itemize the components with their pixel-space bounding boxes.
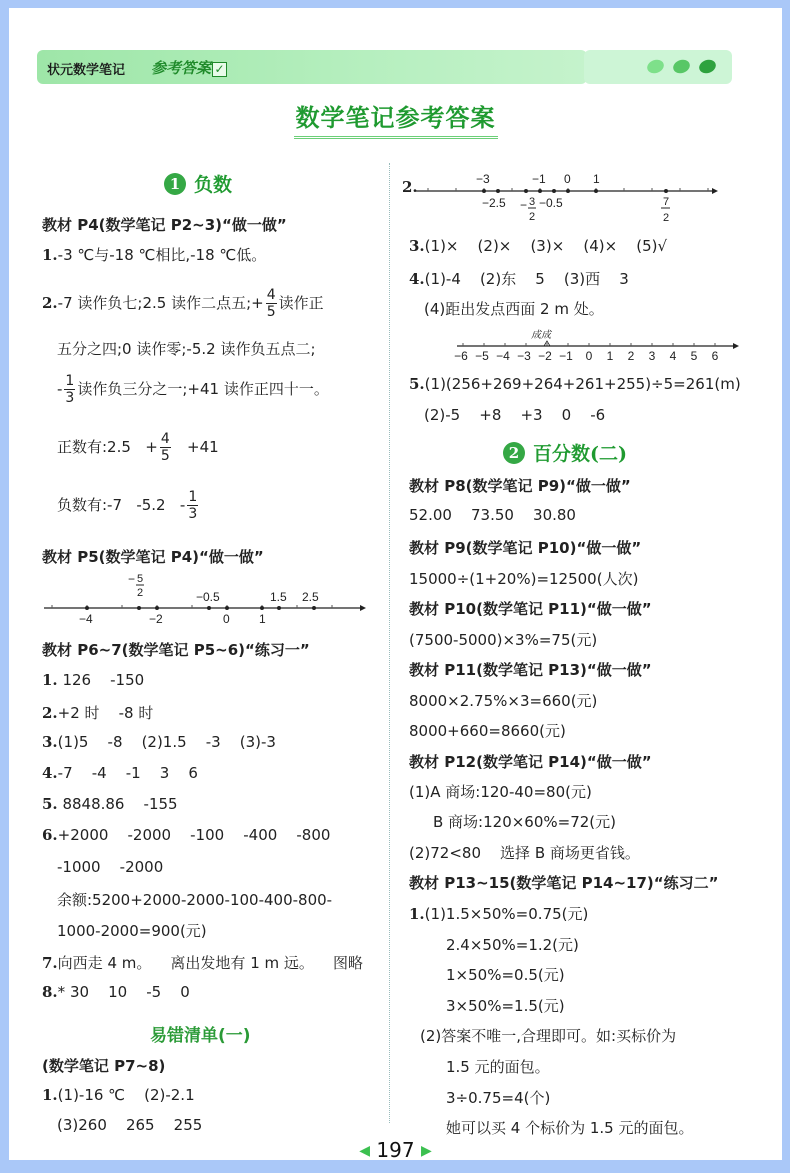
answer-text: +2 时 -8 时 [58, 704, 154, 722]
answer-line: (1)A 商场:120-40=80(元) [409, 781, 592, 802]
answer-line: 7.向西走 4 m。 离出发地有 1 m 远。 图略 [42, 952, 363, 973]
page-title-wrap: 数学笔记参考答案 [9, 98, 782, 139]
fraction: 45 [266, 288, 277, 319]
item-number: 2. [42, 704, 58, 722]
svg-text:−2: −2 [538, 349, 552, 363]
answer-line: 1×50%=0.5(元) [446, 964, 565, 985]
answer-text: (1)5 -8 (2)1.5 -3 (3)-3 [58, 733, 276, 751]
item-number: 3. [42, 733, 58, 751]
section-badge: 1 [164, 173, 186, 195]
denominator: 3 [187, 506, 198, 521]
answer-line: (3)260 265 255 [57, 1116, 202, 1134]
sign: - [180, 496, 185, 514]
answer-line: B 商场:120×60%=72(元) [433, 811, 616, 832]
svg-text:−3: −3 [517, 349, 531, 363]
subheading: 教材 P13~15(数学笔记 P14~17)“练习二” [409, 872, 719, 893]
answer-text: 读作正 [279, 294, 324, 312]
answer-line: 1.-3 ℃与-18 ℃相比,-18 ℃低。 [42, 244, 266, 265]
answer-line: 1.(1)1.5×50%=0.75(元) [409, 903, 588, 924]
answer-line: 余额:5200+2000-2000-100-400-800- [57, 889, 332, 910]
answer-text: -7 读作负七;2.5 读作二点五;+ [58, 294, 264, 312]
answer-text: (1)-16 ℃ (2)-2.1 [58, 1086, 195, 1104]
svg-text:2: 2 [628, 349, 635, 363]
item-number: 1. [42, 246, 58, 264]
section-title: 负数 [194, 174, 232, 196]
svg-text:3: 3 [529, 196, 535, 208]
answer-line: 2.+2 时 -8 时 [42, 702, 153, 723]
header-bar: 状元数学笔记 参考答案✓ [37, 50, 587, 84]
item-number: 5. [409, 375, 425, 393]
answer-line: 5. 8848.86 -155 [42, 795, 178, 813]
svg-text:−1: −1 [532, 172, 546, 186]
answer-line: 15000÷(1+20%)=12500(人次) [409, 568, 638, 589]
answer-text: 负数有:-7 [57, 496, 122, 514]
svg-text:−1: −1 [559, 349, 573, 363]
item-number: 3. [409, 237, 425, 255]
answer-text: -3 ℃与-18 ℃相比,-18 ℃低。 [58, 246, 267, 264]
subheading: 教材 P9(数学笔记 P10)“做一做” [409, 537, 641, 558]
subheading: 教材 P8(数学笔记 P9)“做一做” [409, 475, 631, 496]
svg-text:1: 1 [259, 612, 266, 626]
answer-line: (4)距出发点西面 2 m 处。 [424, 298, 604, 319]
answer-line: 8000+660=8660(元) [409, 720, 566, 741]
error-list-heading: 易错清单(一) [150, 1021, 251, 1046]
answer-text: (1)× (2)× (3)× (4)× (5)√ [425, 237, 667, 255]
check-icon: ✓ [212, 62, 227, 77]
answer-text: (1)(256+269+264+261+255)÷5=261(m) [425, 375, 741, 393]
svg-text:7: 7 [663, 196, 669, 208]
svg-text:5: 5 [691, 349, 698, 363]
page-number: 197 [376, 1138, 414, 1162]
svg-text:1: 1 [593, 172, 600, 186]
svg-text:−0.5: −0.5 [196, 590, 220, 604]
answer-line: 3×50%=1.5(元) [446, 995, 565, 1016]
svg-text:2: 2 [137, 587, 143, 599]
answer-text: 五分之四;0 读作零;-5.2 读作负五点二; [57, 340, 316, 358]
answer-text: * 30 10 -5 0 [58, 983, 190, 1001]
answer-line: 正数有:2.5 +45 +41 [57, 432, 219, 463]
answer-line: -13读作负三分之一;+41 读作正四十一。 [57, 374, 329, 405]
item-number: 8. [42, 983, 58, 1001]
denominator: 3 [64, 390, 75, 405]
svg-text:−0.5: −0.5 [539, 196, 563, 210]
subheading: 教材 P12(数学笔记 P14)“做一做” [409, 751, 652, 772]
answer-line: (7500-5000)×3%=75(元) [409, 629, 597, 650]
prev-arrow-icon: ◀ [359, 1143, 370, 1159]
item-number: 1. [42, 671, 58, 689]
number-line-2: −3 −1 0 1 −2.5 −3 2 −0.5 7 2 [416, 166, 721, 228]
item-number: 4. [42, 764, 58, 782]
subheading: 教材 P11(数学笔记 P13)“做一做” [409, 659, 652, 680]
answer-text: -7 -4 -1 3 6 [58, 764, 198, 782]
svg-text:5: 5 [137, 573, 143, 585]
answer-line: 负数有:-7 -5.2 -13 [57, 490, 200, 521]
answer-text: 正数有:2.5 [57, 438, 131, 456]
numerator: 1 [64, 374, 75, 390]
answer-line: 1000-2000=900(元) [57, 920, 207, 941]
answer-line: (2)答案不唯一,合理即可。如:买标价为 [420, 1025, 676, 1046]
subheading: (数学笔记 P7~8) [42, 1055, 165, 1076]
subheading: 教材 P4(数学笔记 P2~3)“做一做” [42, 214, 287, 235]
subheading: 教材 P5(数学笔记 P4)“做一做” [42, 546, 264, 567]
svg-text:成成: 成成 [531, 329, 553, 341]
item-number: 6. [42, 826, 58, 844]
brand-title: 状元数学笔记 [47, 59, 125, 78]
numerator: 1 [187, 490, 198, 506]
item-number: 2. [42, 294, 58, 312]
svg-text:3: 3 [649, 349, 656, 363]
page-title: 数学笔记参考答案 [294, 98, 498, 139]
answer-line: 8000×2.75%×3=660(元) [409, 690, 597, 711]
answer-text: 8848.86 -155 [58, 795, 178, 813]
answer-text: 读作负三分之一;+41 读作正四十一。 [77, 380, 328, 398]
answer-line: 4.-7 -4 -1 3 6 [42, 764, 198, 782]
svg-text:−2: −2 [149, 612, 163, 626]
answer-line: (2)-5 +8 +3 0 -6 [424, 406, 605, 424]
answer-text: +41 [187, 438, 219, 456]
leaf-dot-icon [671, 57, 691, 75]
answer-line: 1.5 元的面包。 [446, 1056, 550, 1077]
answer-text: 向西走 4 m。 离出发地有 1 m 远。 图略 [58, 954, 363, 972]
answer-line: 8.* 30 10 -5 0 [42, 983, 190, 1001]
item-number: 1. [409, 905, 425, 923]
svg-text:0: 0 [586, 349, 593, 363]
fraction: 13 [187, 490, 198, 521]
answer-line: 3.(1)× (2)× (3)× (4)× (5)√ [409, 237, 667, 255]
svg-text:0: 0 [223, 612, 230, 626]
answer-line: 2.-7 读作负七;2.5 读作二点五;+45读作正 [42, 288, 324, 319]
item-number: 1. [42, 1086, 58, 1104]
number-line-1: −5 2 −0.5 1.5 2.5 −4 −2 0 1 [42, 570, 367, 630]
answer-text: -5.2 [136, 496, 165, 514]
answer-text: 126 -150 [58, 671, 145, 689]
answer-line: 她可以买 4 个标价为 1.5 元的面包。 [446, 1117, 693, 1138]
svg-text:−4: −4 [79, 612, 93, 626]
svg-text:−2.5: −2.5 [482, 196, 506, 210]
answer-line: 5.(1)(256+269+264+261+255)÷5=261(m) [409, 375, 741, 393]
section-heading-1: 1负数 [164, 170, 232, 197]
svg-text:2: 2 [663, 212, 669, 224]
item-number: 7. [42, 954, 58, 972]
subheading: 教材 P6~7(数学笔记 P5~6)“练习一” [42, 639, 310, 660]
denominator: 5 [266, 304, 277, 319]
leaf-dot-icon [645, 57, 665, 75]
answer-text: (1)1.5×50%=0.75(元) [425, 905, 589, 923]
numerator: 4 [266, 288, 277, 304]
section-heading-2: 2百分数(二) [503, 439, 627, 466]
svg-text:−5: −5 [475, 349, 489, 363]
sign: + [145, 438, 158, 456]
number-line-3: 成成 −6−5−4 −3−2−1 012 3456 [449, 326, 749, 368]
svg-text:6: 6 [712, 349, 719, 363]
sign: - [57, 380, 62, 398]
svg-text:−6: −6 [454, 349, 468, 363]
svg-text:−: − [520, 198, 527, 212]
svg-text:−3: −3 [476, 172, 490, 186]
section-badge: 2 [503, 442, 525, 464]
subheading: 教材 P10(数学笔记 P11)“做一做” [409, 598, 652, 619]
svg-text:0: 0 [564, 172, 571, 186]
svg-text:−4: −4 [496, 349, 510, 363]
leaf-dot-icon [697, 57, 717, 75]
fraction: 13 [64, 374, 75, 405]
numerator: 4 [160, 432, 171, 448]
answer-line: 五分之四;0 读作零;-5.2 读作负五点二; [57, 338, 316, 359]
answer-line: 2.4×50%=1.2(元) [446, 934, 579, 955]
answer-line: 1. 126 -150 [42, 671, 144, 689]
answer-line: 3÷0.75=4(个) [446, 1087, 550, 1108]
svg-text:4: 4 [670, 349, 677, 363]
answer-text: (1)-4 (2)东 5 (3)西 3 [425, 270, 629, 288]
fraction: 45 [160, 432, 171, 463]
item-number: 4. [409, 270, 425, 288]
svg-text:−: − [128, 572, 135, 586]
denominator: 5 [160, 448, 171, 463]
header-decoration [584, 50, 732, 84]
section-title: 百分数(二) [533, 443, 627, 465]
answers-text: 参考答案 [151, 59, 211, 77]
svg-text:2: 2 [529, 211, 535, 223]
column-divider [389, 163, 390, 1123]
answer-line: -1000 -2000 [57, 858, 163, 876]
item-number: 5. [42, 795, 58, 813]
answer-line: 6.+2000 -2000 -100 -400 -800 [42, 826, 330, 844]
answers-label: 参考答案✓ [151, 57, 227, 78]
answer-line: (2)72<80 选择 B 商场更省钱。 [409, 842, 640, 863]
answer-text: +2000 -2000 -100 -400 -800 [58, 826, 331, 844]
svg-text:2.5: 2.5 [302, 590, 319, 604]
next-arrow-icon: ▶ [421, 1143, 432, 1159]
answer-line: 3.(1)5 -8 (2)1.5 -3 (3)-3 [42, 733, 276, 751]
page: 状元数学笔记 参考答案✓ 数学笔记参考答案 1负数 教材 P4(数学笔记 P2~… [9, 8, 782, 1160]
page-footer: ◀ 197 ▶ [9, 1138, 782, 1162]
answer-line: 4.(1)-4 (2)东 5 (3)西 3 [409, 268, 629, 289]
answer-line: 1.(1)-16 ℃ (2)-2.1 [42, 1086, 195, 1104]
svg-text:1.5: 1.5 [270, 590, 287, 604]
answer-line: 52.00 73.50 30.80 [409, 506, 576, 524]
svg-text:1: 1 [607, 349, 614, 363]
